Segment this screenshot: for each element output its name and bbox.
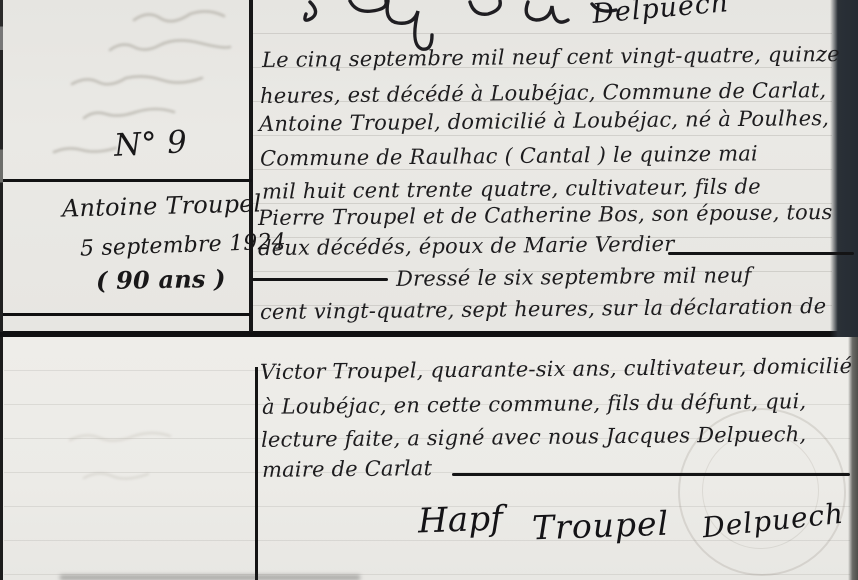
- act-text-line: maire de Carlat: [262, 455, 432, 483]
- margin-age: ( 90 ans ): [96, 264, 226, 295]
- page-left-edge-bottom: [0, 337, 3, 580]
- margin-column-divider-top: [249, 0, 253, 332]
- death-record-scan: Delpuech N° 9 Antoine Troupel 5 septembr…: [0, 0, 858, 580]
- strip-junction-line: [0, 331, 858, 337]
- filler-dash: [668, 252, 854, 255]
- bleed-through-ghost: [60, 420, 230, 510]
- margin-rule-under-act-number: [0, 179, 252, 182]
- page-left-edge-top: [0, 0, 3, 332]
- margin-rule-bottom: [0, 313, 250, 316]
- margin-column-divider-bottom: [255, 367, 258, 580]
- filler-dash: [252, 278, 388, 281]
- act-text-line: Dressé le six septembre mil neuf: [396, 262, 752, 292]
- act-text-line: Commune de Raulhac ( Cantal ) le quinze …: [260, 140, 758, 171]
- declarant-signature-flourish: Hapf: [417, 499, 503, 542]
- scan-edge-smudge: [60, 575, 360, 580]
- act-text-line: deux décédés, époux de Marie Verdier: [258, 231, 675, 261]
- margin-deceased-name: Antoine Troupel: [62, 189, 262, 222]
- margin-act-number: N° 9: [113, 124, 188, 164]
- declarant-signature-troupel: Troupel: [531, 504, 669, 548]
- filler-dash: [452, 473, 850, 476]
